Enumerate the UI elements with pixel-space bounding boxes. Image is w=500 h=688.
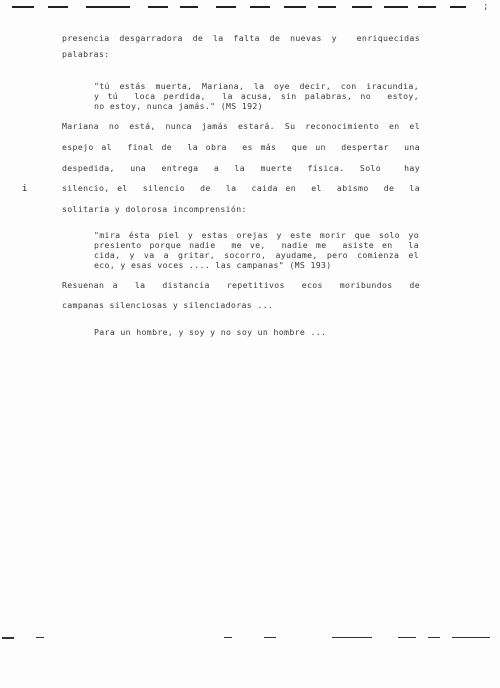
scan-mark: [452, 637, 490, 638]
scan-mark: [86, 6, 130, 8]
scan-mark: [352, 6, 372, 8]
paragraph-1-line: palabras:: [62, 49, 110, 59]
quote-2-line: eco, y esas voces .... las campanas" (MS…: [94, 260, 332, 270]
top-scan-artifacts: [4, 6, 484, 10]
scan-mark: [48, 6, 68, 8]
scan-mark: [384, 6, 408, 8]
scan-mark: [224, 637, 232, 638]
paragraph-2-line: Mariana no está, nunca jamás estará. Su …: [62, 121, 420, 131]
paragraph-4-line: Para un hombre, y soy y no soy un hombre…: [94, 327, 326, 337]
quote-1-line: no estoy, nunca jamás." (MS 192): [94, 101, 263, 111]
scan-mark: [250, 6, 270, 8]
scan-mark: [418, 6, 436, 8]
quote-2-line: cida, y va a gritar, socorro, ayudame, p…: [94, 250, 419, 260]
scan-mark: [264, 637, 276, 638]
scan-mark: [398, 637, 416, 638]
scan-mark: [332, 637, 372, 638]
paragraph-2-line: despedida, una entrega a la muerte físic…: [62, 163, 420, 173]
corner-mark: ;: [483, 2, 488, 12]
scan-mark: [216, 6, 236, 8]
scan-mark: [450, 6, 466, 8]
paragraph-2-line: espejo al final de la obra es más que un…: [62, 142, 420, 152]
paragraph-3-line: Resuenan a la distancia repetitivos ecos…: [62, 280, 420, 290]
quote-1-line: "tú estás muerta, Mariana, la oye decir,…: [94, 81, 419, 91]
quote-2-line: "mira ésta piel y estas orejas y este mo…: [94, 230, 419, 240]
scan-mark: [12, 6, 34, 8]
bottom-scan-artifacts: [0, 637, 500, 641]
scan-mark: [36, 637, 44, 638]
scan-mark: [428, 637, 440, 638]
scan-mark: [318, 6, 336, 8]
paragraph-1-line: presencia desgarradora de la falta de nu…: [62, 33, 420, 43]
paragraph-3-line: campanas silenciosas y silenciadoras ...: [62, 300, 273, 310]
paragraph-2-line: silencio, el silencio de la caida en el …: [62, 183, 420, 193]
quote-1-line: y tú loca perdida, la acusa, sin palabra…: [94, 91, 419, 101]
scan-mark: [2, 637, 14, 639]
scan-mark: [284, 6, 306, 8]
scan-mark: [180, 6, 198, 8]
paragraph-2-line: solitaria y dolorosa incomprensión:: [62, 204, 247, 214]
margin-mark: i: [22, 184, 27, 194]
document-page: ; presencia desgarradora de la falta de …: [0, 0, 500, 688]
scan-mark: [148, 6, 168, 8]
quote-2-line: presiento porque nadie me ve, nadie me a…: [94, 240, 419, 250]
